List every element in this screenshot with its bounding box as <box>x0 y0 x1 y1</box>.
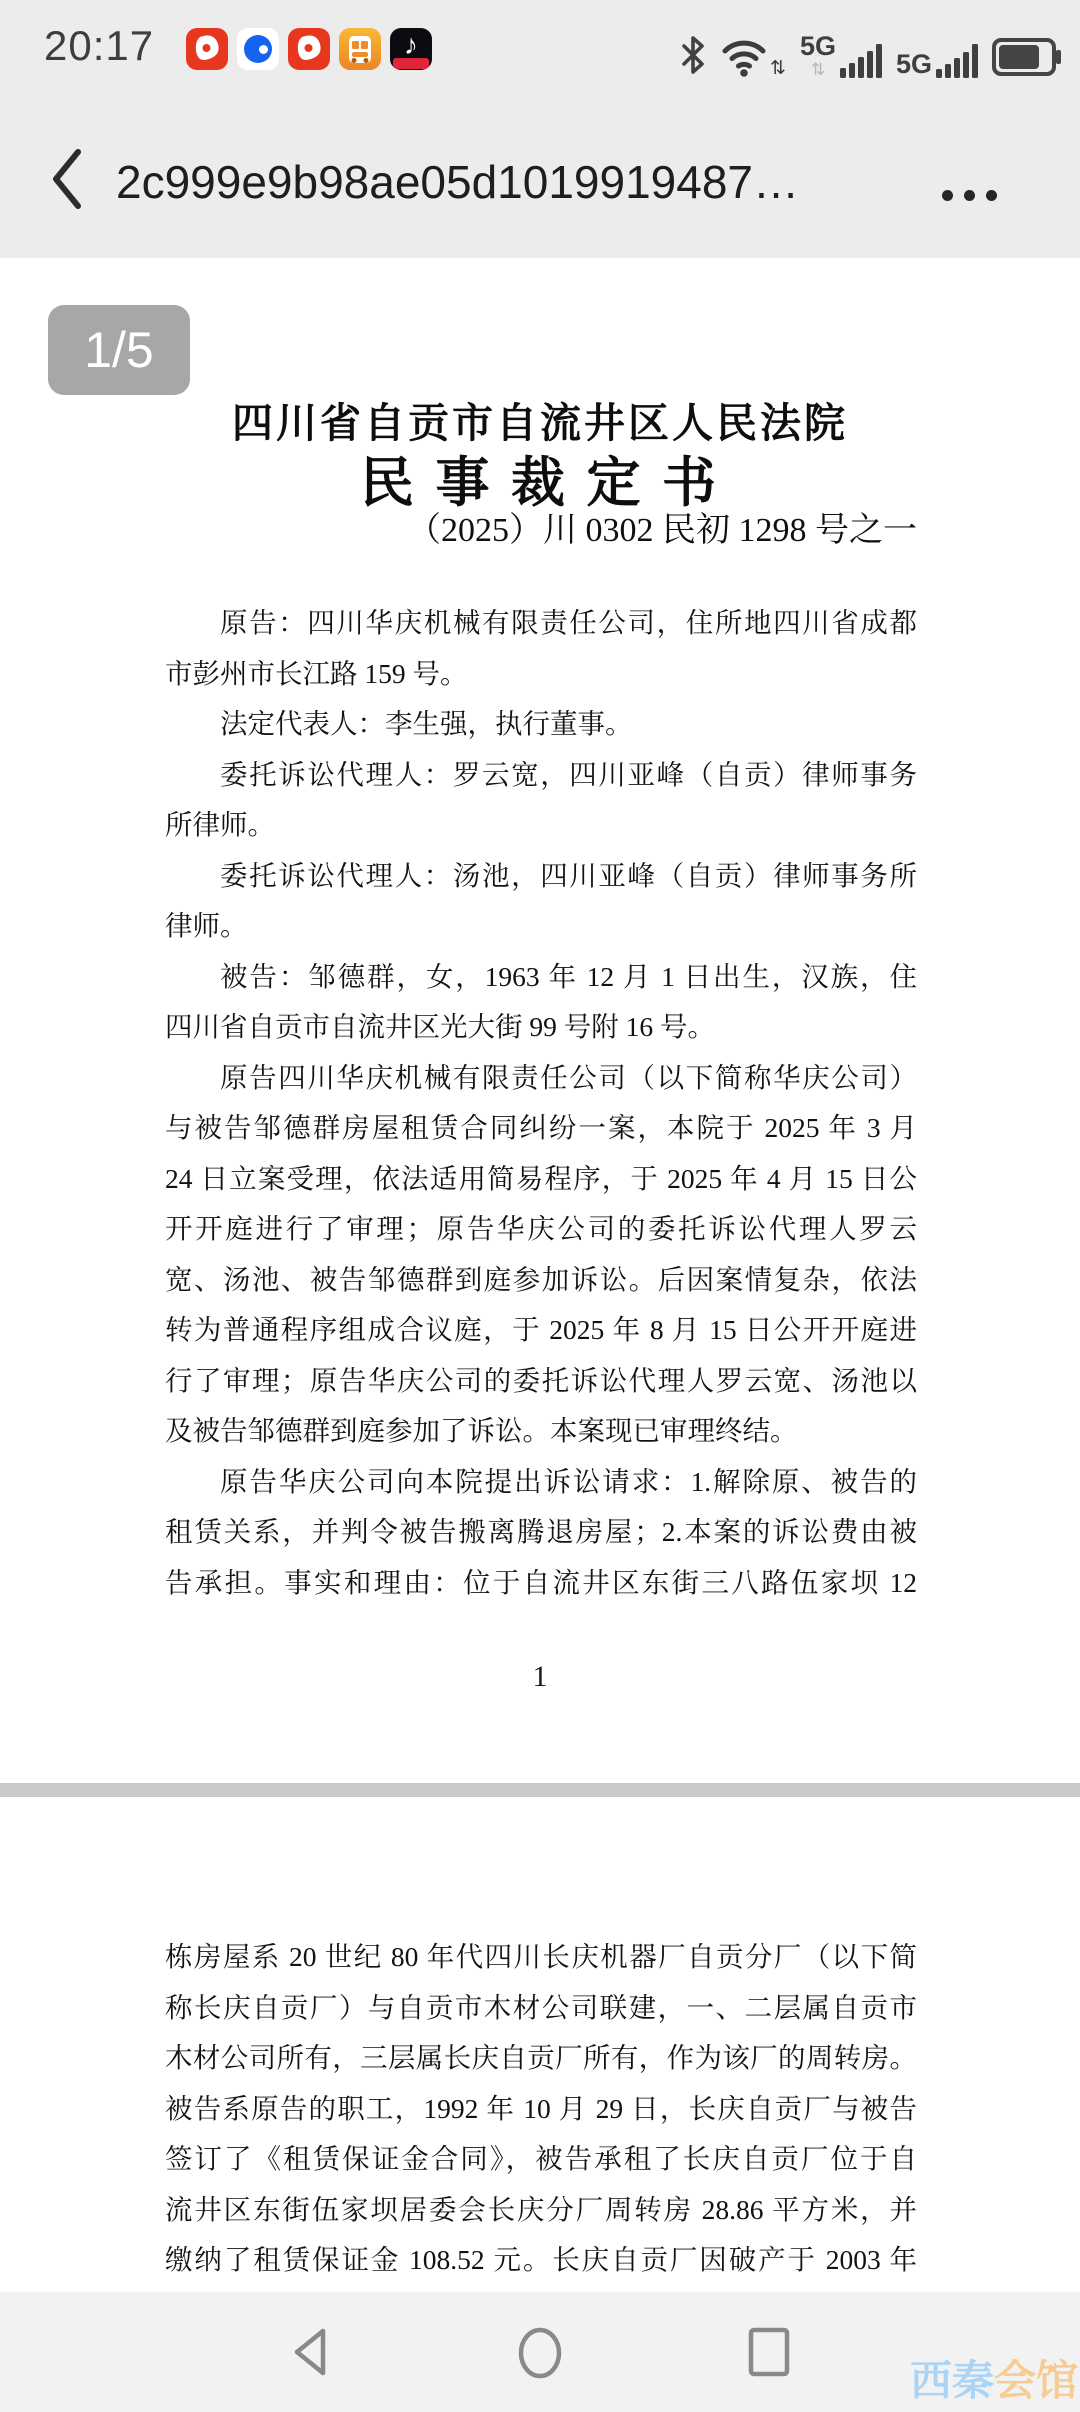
battery-icon <box>992 38 1056 76</box>
back-triangle-icon[interactable] <box>287 2326 333 2378</box>
document-text-line: 开开庭进行了审理；原告华庆公司的委托诉讼代理人罗云 <box>165 1204 917 1255</box>
document-text-line: 转为普通程序组成合议庭，于 2025 年 8 月 15 日公开开庭进 <box>165 1305 917 1356</box>
more-menu-icon[interactable] <box>942 190 997 201</box>
wifi-icon: ⇅ <box>720 36 786 78</box>
document-text-line: 法定代表人：李生强，执行董事。 <box>165 699 917 750</box>
status-indicators: ⇅ 5G ⇅ 5G <box>680 28 1056 78</box>
document-text-line: 律师。 <box>165 901 917 952</box>
document-text-line: 所律师。 <box>165 800 917 851</box>
document-text-line: 签订了《租赁保证金合同》，被告承租了长庆自贡厂位于自 <box>165 2134 917 2185</box>
document-text-line: 租赁关系，并判令被告搬离腾退房屋；2.本案的诉讼费由被 <box>165 1507 917 1558</box>
back-icon[interactable] <box>46 146 86 212</box>
douyin-badge <box>393 58 429 69</box>
document-text-line: 栋房屋系 20 世纪 80 年代四川长庆机器厂自贡分厂（以下简 <box>165 1932 917 1983</box>
notification-icons: ♪ <box>186 28 432 70</box>
red-swirl-app-icon <box>288 28 330 70</box>
document-text-line: 行了审理；原告华庆公司的委托诉讼代理人罗云宽、汤池以 <box>165 1356 917 1407</box>
douyin-music-icon: ♪ <box>390 28 432 70</box>
document-text-line: 市彭州市长江路 159 号。 <box>165 649 917 700</box>
signal-bars-icon <box>936 44 978 78</box>
document-text-line: 与被告邹德群房屋租赁合同纠纷一案，本院于 2025 年 3 月 <box>165 1103 917 1154</box>
document-text-line: 告承担。事实和理由：位于自流井区东街三八路伍家坝 12 <box>165 1558 917 1609</box>
document-text-line: 24 日立案受理，依法适用简易程序，于 2025 年 4 月 15 日公 <box>165 1154 917 1205</box>
document-text-line: 原告华庆公司向本院提出诉讼请求：1.解除原、被告的 <box>165 1457 917 1508</box>
data-arrows-icon: ⇅ <box>811 61 825 78</box>
recents-square-icon[interactable] <box>747 2326 791 2378</box>
bluetooth-icon <box>680 34 706 76</box>
status-bar: 20:17 ♪ ⇅ 5G <box>0 0 1080 100</box>
page-indicator-badge: 1/5 <box>48 305 190 395</box>
document-filename-title: 2c999e9b98ae05d1019919487… <box>116 155 799 209</box>
page-separator <box>0 1783 1080 1797</box>
document-text-line: 称长庆自贡厂）与自贡市木材公司联建，一、二层属自贡市 <box>165 1983 917 2034</box>
sim1-signal: 5G ⇅ <box>800 33 882 78</box>
bus-app-icon <box>339 28 381 70</box>
document-text-line: 宽、汤池、被告邹德群到庭参加诉讼。后因案情复杂，依法 <box>165 1255 917 1306</box>
watermark-blue-text: 西秦 <box>910 2357 994 2404</box>
wifi-data-arrows-icon: ⇅ <box>770 59 786 78</box>
document-text-line: 被告：邹德群，女，1963 年 12 月 1 日出生，汉族，住 <box>165 952 917 1003</box>
document-text-line: 被告系原告的职工，1992 年 10 月 29 日，长庆自贡厂与被告 <box>165 2084 917 2135</box>
document-text-line: 及被告邹德群到庭参加了诉讼。本案现已审理终结。 <box>165 1406 917 1457</box>
signal-bars-icon <box>840 44 882 78</box>
page1-body-text: 原告：四川华庆机械有限责任公司，住所地四川省成都市彭州市长江路 159 号。法定… <box>165 598 917 1608</box>
document-text-line: 委托诉讼代理人：汤池，四川亚峰（自贡）律师事务所 <box>165 851 917 902</box>
document-text-line: 缴纳了租赁保证金 108.52 元。长庆自贡厂因破产于 2003 年 <box>165 2235 917 2286</box>
document-text-line: 四川省自贡市自流井区光大街 99 号附 16 号。 <box>165 1002 917 1053</box>
quark-browser-icon <box>237 28 279 70</box>
status-time: 20:17 <box>44 22 154 70</box>
page2-body-text: 栋房屋系 20 世纪 80 年代四川长庆机器厂自贡分厂（以下简称长庆自贡厂）与自… <box>165 1932 917 2286</box>
home-circle-icon[interactable] <box>516 2326 564 2380</box>
case-number: （2025）川 0302 民初 1298 号之一 <box>407 502 917 551</box>
network-type-badge: 5G <box>896 51 932 78</box>
network-type-badge: 5G <box>800 33 836 60</box>
watermark: 西秦会馆 <box>910 2348 1078 2408</box>
document-text-line: 委托诉讼代理人：罗云宽，四川亚峰（自贡）律师事务 <box>165 750 917 801</box>
watermark-orange-text: 会馆 <box>994 2357 1078 2404</box>
pdf-viewer-scroll-area[interactable]: 1/5 四川省自贡市自流井区人民法院 民 事 裁 定 书 （2025）川 030… <box>0 258 1080 2292</box>
document-text-line: 原告四川华庆机械有限责任公司（以下简称华庆公司） <box>165 1053 917 1104</box>
page1-page-number: 1 <box>0 1660 1080 1694</box>
document-text-line: 木材公司所有，三层属长庆自贡厂所有，作为该厂的周转房。 <box>165 2033 917 2084</box>
document-text-line: 原告：四川华庆机械有限责任公司，住所地四川省成都 <box>165 598 917 649</box>
document-title-bar: 2c999e9b98ae05d1019919487… <box>0 100 1080 258</box>
phone-screen: 20:17 ♪ ⇅ 5G <box>0 0 1080 2412</box>
document-text-line: 流井区东街伍家坝居委会长庆分厂周转房 28.86 平方米，并 <box>165 2185 917 2236</box>
red-swirl-app-icon <box>186 28 228 70</box>
sim2-signal: 5G <box>896 44 978 78</box>
